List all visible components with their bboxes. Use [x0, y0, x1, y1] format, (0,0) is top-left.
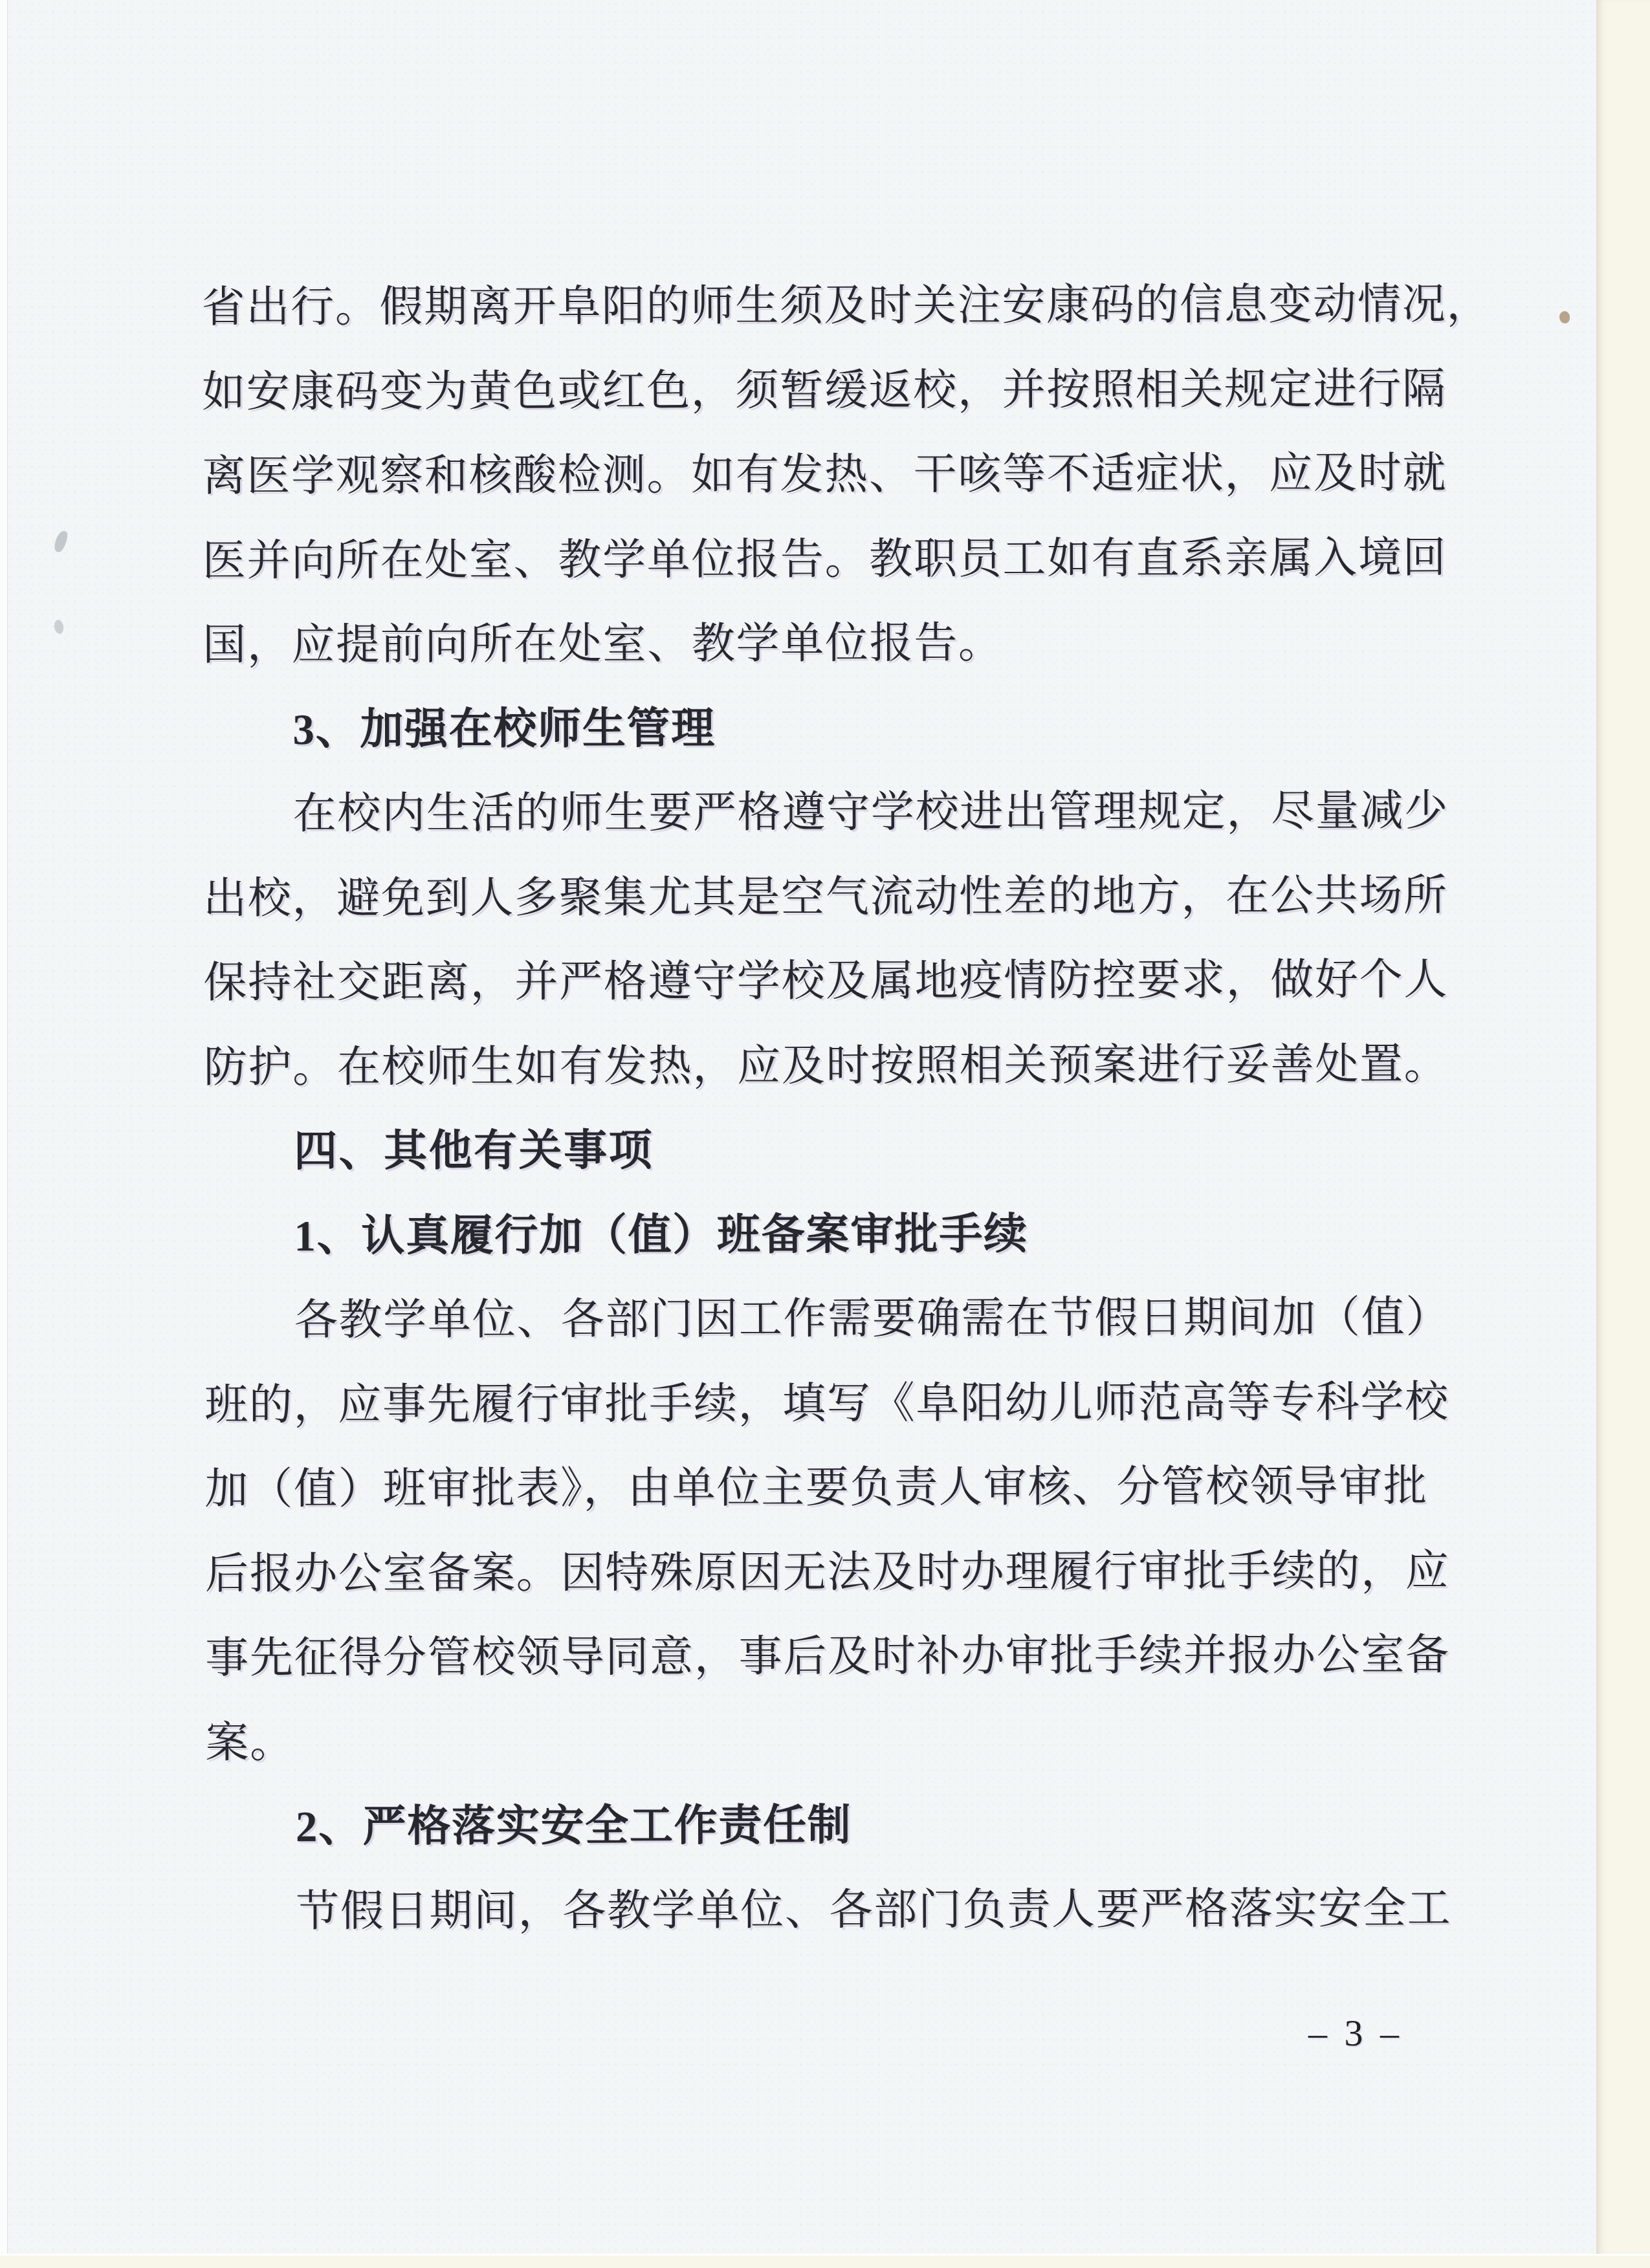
text-line: 案。 [205, 1697, 1454, 1785]
text-line: 班的，应事先履行审批手续，填写《阜阳幼儿师范高等专科学校 [204, 1360, 1453, 1448]
text-line: 在校内生活的师生要严格遵守学校进出管理规定，尽量减少 [203, 769, 1452, 856]
text-line: 如安康码变为黄色或红色，须暂缓返校，并按照相关规定进行隔 [202, 347, 1451, 435]
text-line: 各教学单位、各部门因工作需要确需在节假日期间加（值） [204, 1275, 1453, 1363]
text-line: 加（值）班审批表》，由单位主要负责人审核、分管校领导审批 [204, 1444, 1453, 1532]
text-line: 省出行。假期离开阜阳的师生须及时关注安康码的信息变动情况， [202, 262, 1451, 350]
text-line: 后报办公室备案。因特殊原因无法及时办理履行审批手续的，应 [205, 1529, 1454, 1617]
text-line: 离医学观察和核酸检测。如有发热、干咳等不适症状，应及时就 [202, 431, 1451, 519]
text-line: 2、严格落实安全工作责任制 [206, 1782, 1455, 1870]
text-line: 四、其他有关事项 [204, 1106, 1453, 1194]
document-body: 省出行。假期离开阜阳的师生须及时关注安康码的信息变动情况，如安康码变为黄色或红色… [202, 262, 1455, 1954]
text-line: 事先征得分管校领导同意，事后及时补办审批手续并报办公室备 [205, 1613, 1454, 1701]
page-number: – 3 – [1284, 2007, 1427, 2059]
margin-smudge-artifact [53, 619, 65, 635]
text-line: 防护。在校师生如有发热，应及时按照相关预案进行妥善处置。 [204, 1022, 1453, 1110]
margin-smudge-artifact [52, 529, 69, 553]
text-line: 1、认真履行加（值）班备案审批手续 [204, 1191, 1453, 1279]
scan-edge-left [0, 0, 8, 2268]
text-line: 出校，避免到人多聚集尤其是空气流动性差的地方，在公共场所 [203, 853, 1452, 941]
ink-dot-artifact [1559, 311, 1570, 323]
scan-edge-bottom [0, 2254, 1650, 2268]
text-line: 国，应提前向所在处室、教学单位报告。 [203, 600, 1451, 688]
scan-edge-right [1596, 0, 1650, 2268]
text-line: 3、加强在校师生管理 [203, 684, 1451, 772]
text-line: 保持社交距离，并严格遵守学校及属地疫情防控要求，做好个人 [203, 937, 1452, 1025]
text-line: 医并向所在处室、教学单位报告。教职员工如有直系亲属入境回 [203, 516, 1451, 604]
scanned-page: 省出行。假期离开阜阳的师生须及时关注安康码的信息变动情况，如安康码变为黄色或红色… [0, 0, 1650, 2268]
text-line: 节假日期间，各教学单位、各部门负责人要严格落实安全工 [206, 1866, 1455, 1954]
